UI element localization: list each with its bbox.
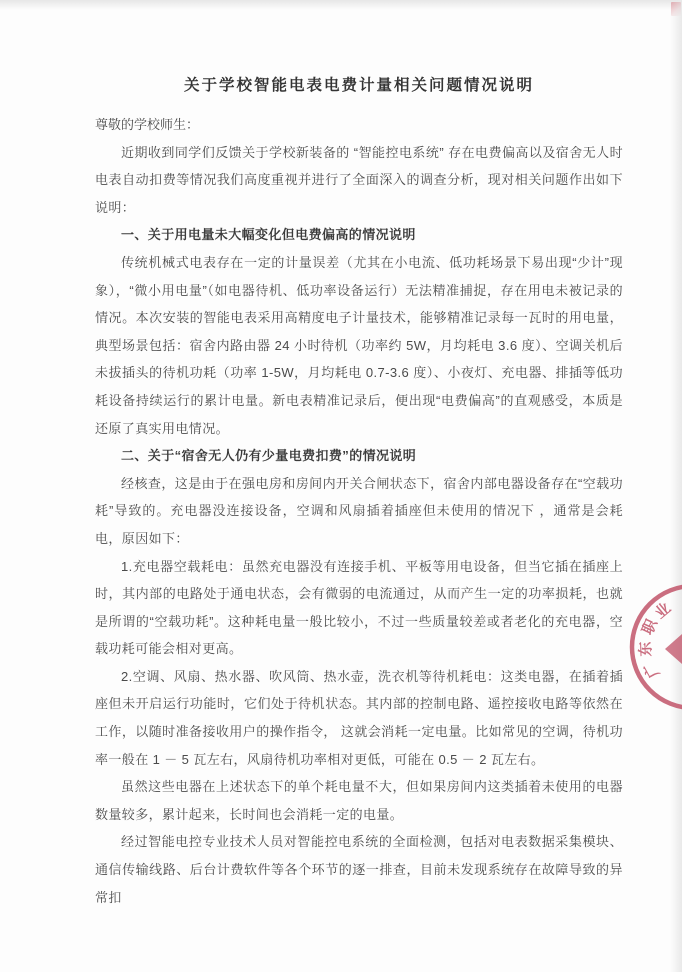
paragraph: 虽然这些电器在上述状态下的单个耗电量不大，但如果房间内这类插着未使用的电器数量较…	[95, 773, 623, 828]
paragraph: 近期收到同学们反馈关于学校新装备的 “智能控电系统” 存在电费偏高以及宿舍无人时…	[95, 139, 623, 222]
document-page: 关于学校智能电表电费计量相关问题情况说明 尊敬的学校师生： 近期收到同学们反馈关…	[0, 0, 682, 972]
greeting: 尊敬的学校师生：	[95, 111, 623, 139]
scan-edge-top	[0, 0, 682, 10]
document-content: 关于学校智能电表电费计量相关问题情况说明 尊敬的学校师生： 近期收到同学们反馈关…	[95, 74, 623, 911]
stamp-char: 东	[636, 641, 655, 657]
document-title: 关于学校智能电表电费计量相关问题情况说明	[95, 74, 623, 98]
paragraph: 经核查，这是由于在强电房和房间内开关合闸状态下，宿舍内部电器设备存在“空载功耗”…	[95, 470, 623, 553]
paragraph: 经过智能电控专业技术人员对智能控电系统的全面检测，包括对电表数据采集模块、通信传…	[95, 828, 623, 911]
official-stamp: 业 职 东 广	[562, 548, 682, 748]
section-heading: 二、关于“宿舍无人仍有少量电费扣费”的情况说明	[95, 442, 623, 470]
paragraph: 2.空调、风扇、热水器、吹风筒、热水壶，洗衣机等待机耗电：这类电器，在插着插座但…	[95, 663, 623, 773]
stamp-char: 广	[640, 659, 663, 681]
scan-artifact-corner	[671, 2, 681, 16]
stamp-star-point	[665, 634, 682, 664]
stamp-char: 职	[639, 616, 661, 638]
paragraph: 传统机械式电表存在一定的计量误差（尤其在小电流、低功耗场景下易出现“少计”现象）…	[95, 249, 623, 442]
stamp-char: 业	[652, 600, 674, 623]
document-body: 近期收到同学们反馈关于学校新装备的 “智能控电系统” 存在电费偏高以及宿舍无人时…	[95, 139, 623, 912]
paragraph: 1.充电器空载耗电：虽然充电器没有连接手机、平板等用电设备，但当它插在插座上时，…	[95, 553, 623, 663]
section-heading: 一、关于用电量未大幅变化但电费偏高的情况说明	[95, 221, 623, 249]
scan-edge-right	[670, 0, 682, 972]
